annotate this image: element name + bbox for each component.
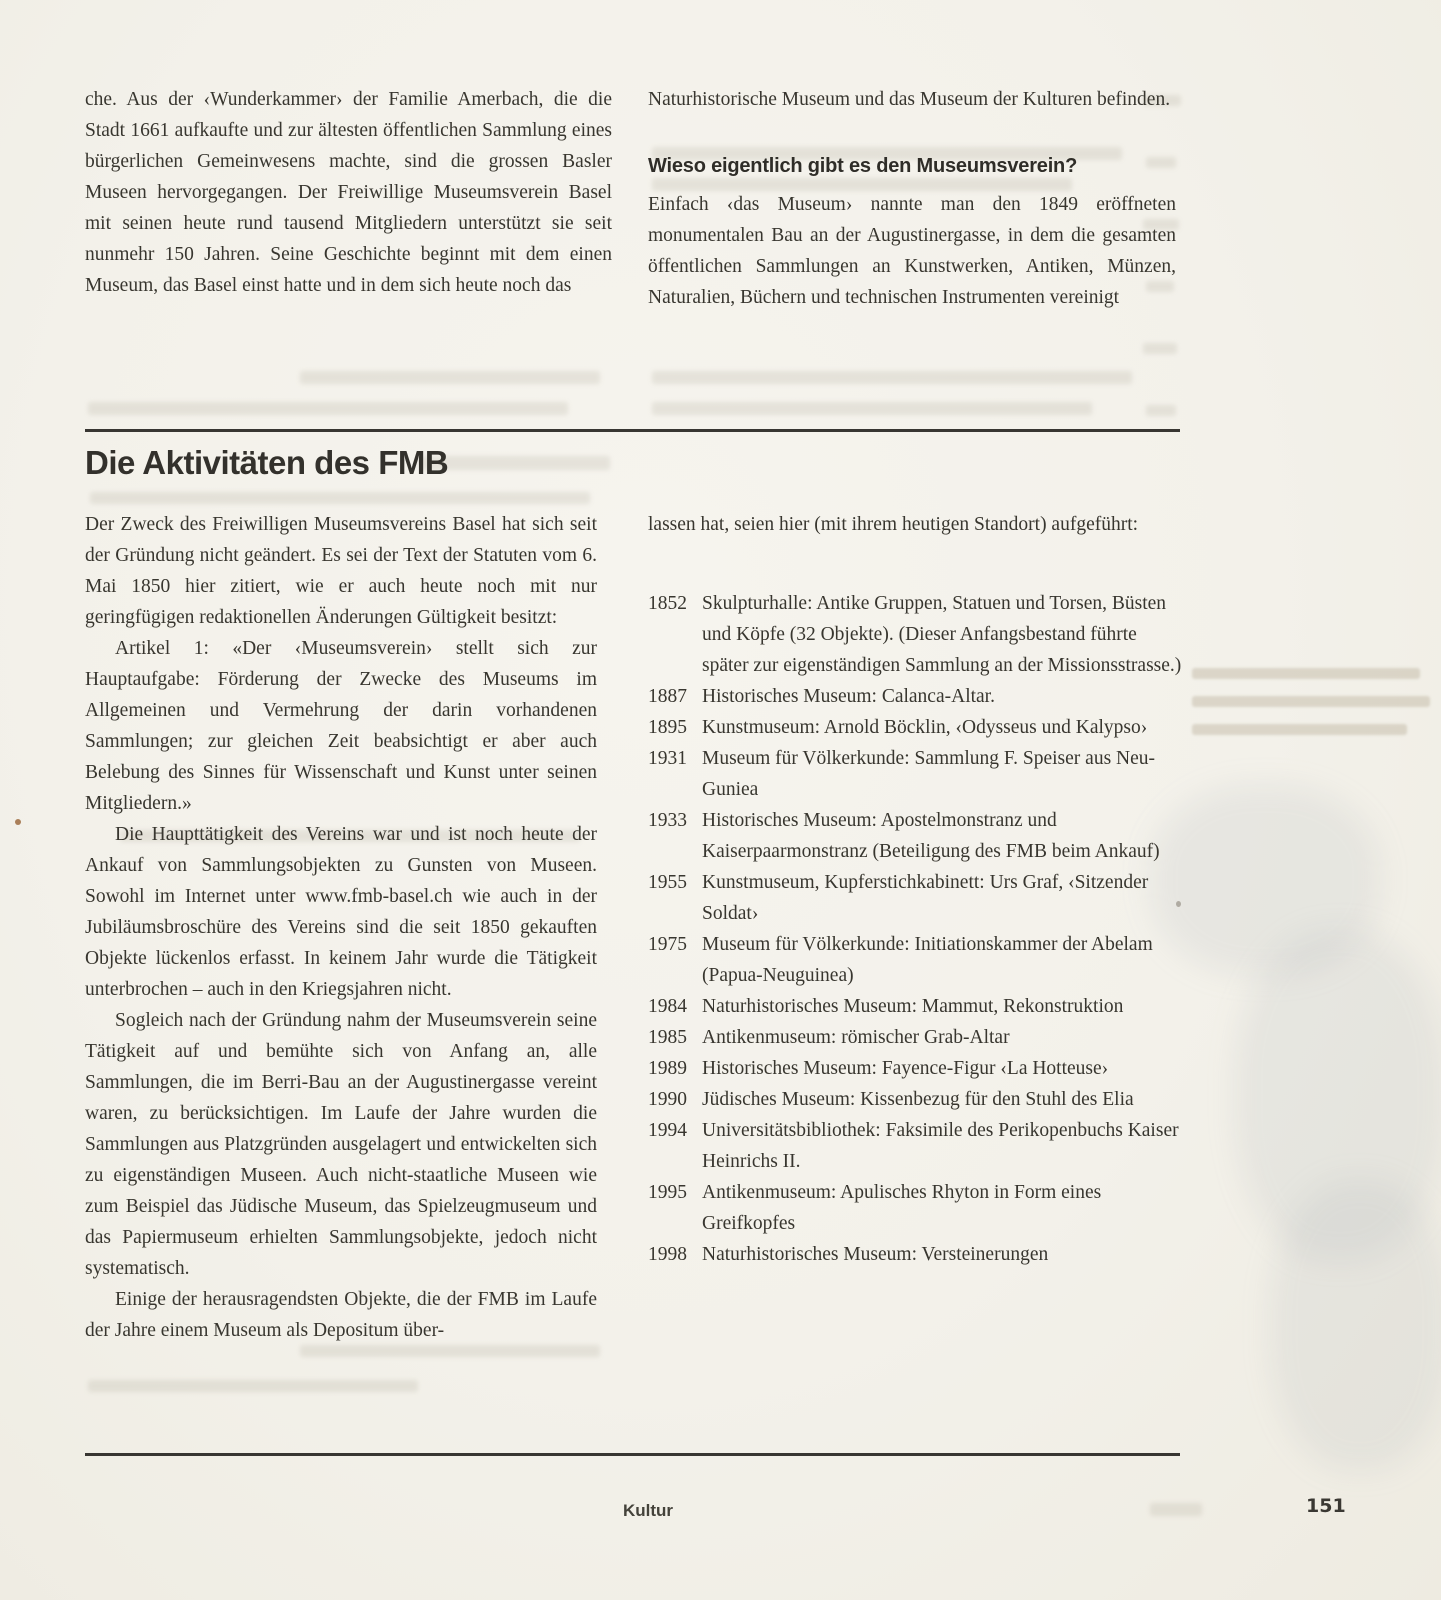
bleed-through-text: [1146, 405, 1176, 416]
timeline-year: 1989: [648, 1053, 702, 1084]
footer-section-label: Kultur: [623, 1501, 673, 1521]
bleed-through-text: [88, 402, 568, 415]
timeline-entry: Universitätsbibliothek: Faksimile des Pe…: [702, 1115, 1182, 1177]
timeline-year: 1895: [648, 712, 702, 743]
bleed-through-text: [300, 1345, 600, 1357]
timeline-entry: Skulpturhalle: Antike Gruppen, Statuen u…: [702, 588, 1182, 681]
bleed-through-text: [300, 371, 600, 384]
bleed-through-text: [652, 402, 1092, 415]
timeline-year: 1998: [648, 1239, 702, 1270]
timeline-entry: Historisches Museum: Apostelmonstranz un…: [702, 805, 1182, 867]
timeline-year: 1852: [648, 588, 702, 681]
bleed-through-text: [1143, 343, 1177, 354]
timeline-entry: Naturhistorisches Museum: Mammut, Rekons…: [702, 991, 1182, 1022]
section-left-column: Der Zweck des Freiwilligen Museumsverein…: [85, 509, 597, 1346]
body-paragraph: Einige der herausragendsten Objekte, die…: [85, 1284, 597, 1346]
bleed-through-text: [90, 492, 590, 504]
intro-right-paragraph: Naturhistorische Museum und das Museum d…: [648, 84, 1176, 115]
section-divider-bottom: [85, 1453, 1180, 1456]
bleed-through-image: [1150, 785, 1380, 975]
timeline-year: 1955: [648, 867, 702, 929]
intro-right-column: Naturhistorische Museum und das Museum d…: [648, 84, 1176, 313]
scanned-page: che. Aus der ‹Wunderkammer› der Familie …: [0, 0, 1441, 1600]
timeline-entry: Antikenmuseum: Apulisches Rhyton in Form…: [702, 1177, 1182, 1239]
page-number: 151: [1306, 1495, 1346, 1517]
bleed-through-text: [88, 1380, 418, 1392]
timeline-year: 1990: [648, 1084, 702, 1115]
timeline-year: 1984: [648, 991, 702, 1022]
section-heading: Die Aktivitäten des FMB: [85, 444, 448, 482]
timeline-year: 1933: [648, 805, 702, 867]
body-paragraph: Der Zweck des Freiwilligen Museumsverein…: [85, 509, 597, 633]
timeline-entry: Naturhistorisches Museum: Versteinerunge…: [702, 1239, 1182, 1270]
bleed-through-footer-label: [1150, 1503, 1202, 1516]
section-divider-top: [85, 429, 1180, 432]
bleed-through-text: [652, 371, 1132, 384]
timeline-entry: Antikenmuseum: römischer Grab-Altar: [702, 1022, 1182, 1053]
question-heading: Wieso eigentlich gibt es den Museumsvere…: [648, 153, 1176, 179]
timeline-year: 1994: [648, 1115, 702, 1177]
bleed-through-caption: [1192, 724, 1407, 735]
acquisitions-timeline: 1852 Skulpturhalle: Antike Gruppen, Stat…: [648, 588, 1182, 1270]
timeline-year: 1887: [648, 681, 702, 712]
bleed-through-image: [1270, 1180, 1441, 1470]
paper-speck: [15, 819, 21, 825]
body-paragraph: Die Haupttätigkeit des Vereins war und i…: [85, 819, 597, 1005]
timeline-entry: Museum für Völkerkunde: Sammlung F. Spei…: [702, 743, 1182, 805]
timeline-entry: Jüdisches Museum: Kissenbezug für den St…: [702, 1084, 1182, 1115]
timeline-entry: Museum für Völkerkunde: Initiationskamme…: [702, 929, 1182, 991]
timeline-entry: Kunstmuseum, Kupferstichkabinett: Urs Gr…: [702, 867, 1182, 929]
timeline-entry: Historisches Museum: Fayence-Figur ‹La H…: [702, 1053, 1182, 1084]
timeline-year: 1975: [648, 929, 702, 991]
bleed-through-text: [420, 456, 610, 470]
body-paragraph: Sogleich nach der Gründung nahm der Muse…: [85, 1005, 597, 1284]
bleed-through-caption: [1192, 668, 1420, 679]
timeline-year: 1995: [648, 1177, 702, 1239]
timeline-entry: Historisches Museum: Calanca-Altar.: [702, 681, 1182, 712]
timeline-entry: Kunstmuseum: Arnold Böcklin, ‹Odysseus u…: [702, 712, 1182, 743]
section-right-column: lassen hat, seien hier (mit ihrem heutig…: [648, 509, 1182, 1270]
bleed-through-caption: [1192, 696, 1430, 707]
question-paragraph: Einfach ‹das Museum› nannte man den 1849…: [648, 189, 1176, 313]
intro-left-paragraph: che. Aus der ‹Wunderkammer› der Familie …: [85, 84, 612, 301]
bleed-through-image: [1235, 930, 1441, 1260]
body-paragraph: lassen hat, seien hier (mit ihrem heutig…: [648, 509, 1182, 540]
timeline-year: 1985: [648, 1022, 702, 1053]
timeline-year: 1931: [648, 743, 702, 805]
body-paragraph: Artikel 1: «Der ‹Museumsverein› stellt s…: [85, 633, 597, 819]
